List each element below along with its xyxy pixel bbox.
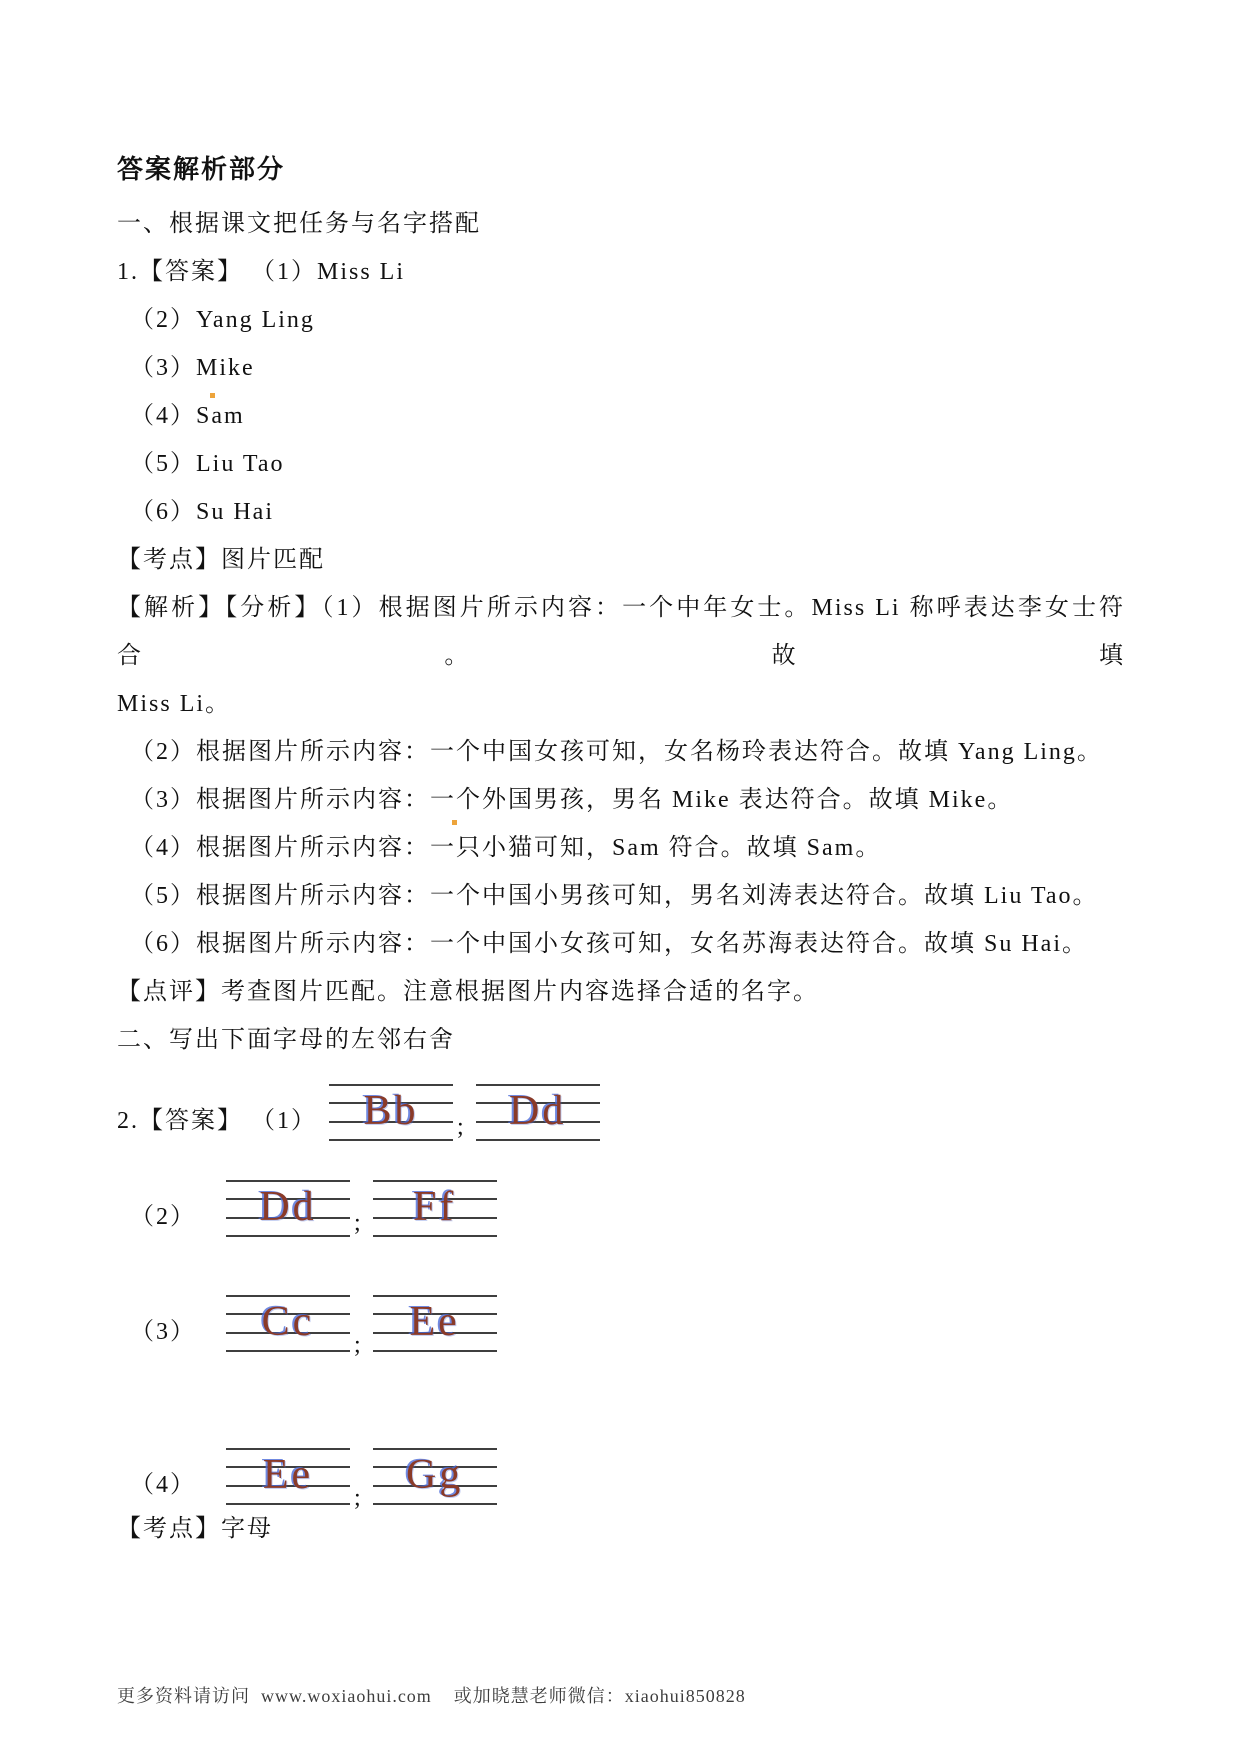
answer-row-label: （4） [130,1473,196,1505]
guide-line [476,1139,600,1141]
answer-line: （2）Yang Ling [117,296,1125,344]
guide-line [373,1295,497,1297]
analysis-line: （4）根据图片所示内容：一只小猫可知，Sam 符合。故填 Sam。 [117,824,1125,872]
handwriting-guide: Ff [373,1180,497,1237]
handwriting-guide: Dd [226,1180,350,1237]
handwriting-guide: Ee [373,1295,497,1352]
guide-line [476,1084,600,1086]
traced-letters: Bb [329,1090,453,1132]
answer-line: （4）Sam [117,392,1125,440]
analysis-line: （6）根据图片所示内容：一个中国小女孩可知，女名苏海表达符合。故填 Su Hai… [117,920,1125,968]
section2-title: 二、写出下面字母的左邻右舍 [117,1016,1125,1064]
spellcheck-dot [452,820,457,825]
guide-line [373,1350,497,1352]
guide-line [226,1448,350,1450]
answer-row: （4） Ee ; Gg [117,1448,1125,1505]
answer-line: （3）Mike [117,344,1125,392]
handwriting-guide: Gg [373,1448,497,1505]
separator: ; [457,1115,464,1141]
guide-line [226,1180,350,1182]
answer-row-label: 2.【答案】 （1） [117,1109,317,1141]
analysis-line: （5）根据图片所示内容：一个中国小男孩可知，男名刘涛表达符合。故填 Liu Ta… [117,872,1125,920]
analysis-line: （3）根据图片所示内容：一个外国男孩，男名 Mike 表达符合。故填 Mike。 [117,776,1125,824]
separator: ; [354,1486,361,1512]
handwriting-guide: Ee [226,1448,350,1505]
guide-line [226,1503,350,1505]
separator: ; [354,1211,361,1237]
analysis-line: Miss Li。 [117,680,1125,728]
traced-letters: Ee [226,1454,350,1496]
traced-letters: Ff [373,1186,497,1228]
traced-letters: Ee [373,1301,497,1343]
answer-line: （5）Liu Tao [117,440,1125,488]
answer-section-heading: 答案解析部分 [117,150,1125,190]
analysis-line: 【解析】【分析】（1）根据图片所示内容：一个中年女士。Miss Li 称呼表达李… [117,584,1125,680]
answer-row: （3） Cc ; Ee [117,1295,1125,1352]
answer-line: （6）Su Hai [117,488,1125,536]
answer-row-label: （3） [130,1320,196,1352]
answer-line: 1.【答案】 （1）Miss Li [117,248,1125,296]
answer-row: （2） Dd ; Ff [117,1180,1125,1237]
guide-line [373,1235,497,1237]
traced-letters: Gg [373,1454,497,1496]
traced-letters: Dd [476,1090,600,1132]
guide-line [226,1295,350,1297]
guide-line [373,1503,497,1505]
answer-row-label: （2） [130,1205,196,1237]
guide-line [329,1084,453,1086]
section1-title: 一、根据课文把任务与名字搭配 [117,200,1125,248]
comment-line: 【点评】考查图片匹配。注意根据图片内容选择合适的名字。 [117,968,1125,1016]
handwriting-guide: Dd [476,1084,600,1141]
handwriting-guide: Cc [226,1295,350,1352]
spellcheck-dot [210,393,215,398]
traced-letters: Cc [226,1301,350,1343]
guide-line [329,1139,453,1141]
exam-point-line: 【考点】字母 [117,1505,1125,1553]
separator: ; [354,1333,361,1359]
traced-letters: Dd [226,1186,350,1228]
footer-promo-text: 更多资料请访问 www.woxiaohui.com 或加晓慧老师微信：xiaoh… [117,1684,746,1708]
guide-line [373,1180,497,1182]
handwriting-guide: Bb [329,1084,453,1141]
answer-row: 2.【答案】 （1） Bb ; Dd [117,1084,1125,1141]
guide-line [373,1448,497,1450]
exam-point-line: 【考点】图片匹配 [117,536,1125,584]
guide-line [226,1350,350,1352]
analysis-line: （2）根据图片所示内容：一个中国女孩可知，女名杨玲表达符合。故填 Yang Li… [117,728,1125,776]
guide-line [226,1235,350,1237]
document-page: 答案解析部分 一、根据课文把任务与名字搭配 1.【答案】 （1）Miss Li … [0,0,1241,1754]
